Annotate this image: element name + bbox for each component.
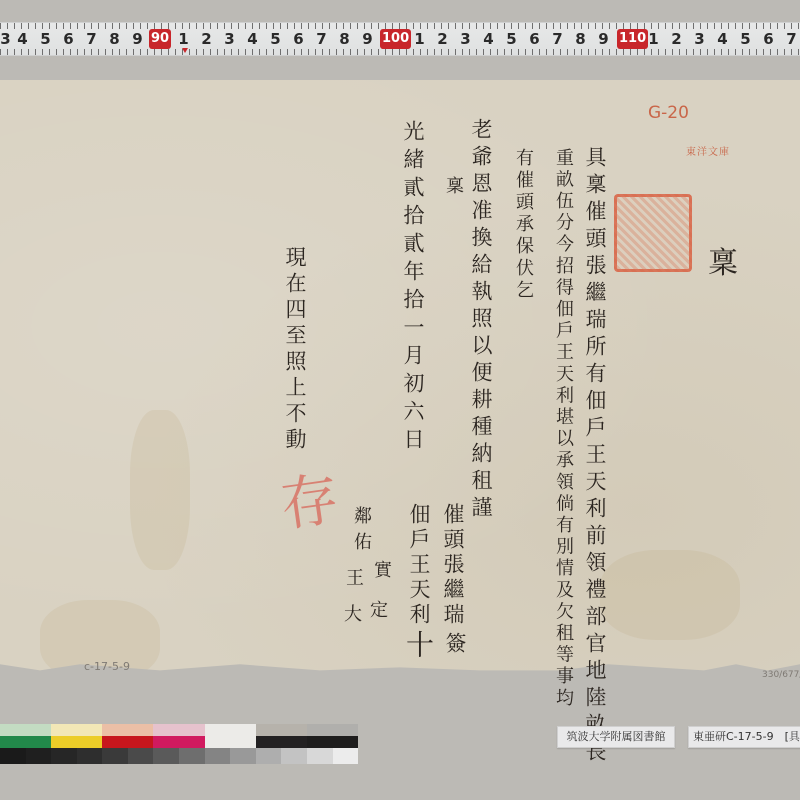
ruler-number: 5 bbox=[500, 29, 523, 49]
text-column-1: 具稟催頭張繼瑞所有佃戶王天利前領禮部官地陸畝長 bbox=[584, 146, 605, 767]
color-swatch bbox=[153, 736, 204, 748]
signature-headman: 催頭張繼瑞 bbox=[442, 503, 463, 628]
ruler-number: 5 bbox=[734, 29, 757, 49]
ruler-number: 2 bbox=[431, 29, 454, 49]
ruler-number: 7 bbox=[80, 29, 103, 49]
ruler-number: 6 bbox=[57, 29, 80, 49]
color-swatch bbox=[153, 724, 204, 736]
color-swatch bbox=[307, 748, 333, 764]
text-column-2: 重畝伍分今招得佃戶王天利堪以承領倘有別情及欠租等事均 bbox=[554, 148, 572, 710]
neighbor-name-2a: 實 bbox=[372, 560, 390, 581]
ruler-number: 8 bbox=[333, 29, 356, 49]
stamp-catalog-number: 330/677/ bbox=[762, 670, 800, 680]
ruler-number: 1 bbox=[642, 29, 665, 49]
ruler-number: 9 bbox=[126, 29, 149, 49]
pencil-catalog-number: c-17-5-9 bbox=[84, 660, 130, 673]
neighbor-label: 鄰佑 bbox=[352, 506, 370, 558]
color-swatch bbox=[102, 724, 153, 736]
ruler-number: 6 bbox=[757, 29, 780, 49]
red-square-seal bbox=[614, 194, 692, 272]
ruler-number: 3 bbox=[688, 29, 711, 49]
color-checker-card bbox=[0, 724, 358, 764]
signature-tenant-mark: 十 bbox=[404, 630, 432, 663]
ruler-number: 4 bbox=[241, 29, 264, 49]
color-checker-saturated-row bbox=[0, 736, 358, 748]
library-label: 筑波大学附属図書館 bbox=[557, 726, 675, 748]
ruler-number: 3 bbox=[218, 29, 241, 49]
ruler-number: 4 bbox=[477, 29, 500, 49]
measuring-ruler: 3456789901234567891001234567891101234567 bbox=[0, 22, 800, 56]
ruler-number: 1 bbox=[172, 29, 195, 49]
color-swatch bbox=[205, 748, 231, 764]
text-column-3: 有催頭承保伏乞 bbox=[514, 148, 532, 302]
color-swatch bbox=[77, 748, 103, 764]
boundary-note: 現在四至照上不動 bbox=[284, 246, 305, 454]
signature-headman-mark: 簽 bbox=[444, 632, 465, 658]
red-brush-mark: 存 bbox=[274, 451, 343, 542]
color-swatch bbox=[205, 724, 256, 736]
ruler-number: 5 bbox=[264, 29, 287, 49]
color-swatch bbox=[51, 748, 77, 764]
paper-stain bbox=[600, 550, 740, 640]
ruler-number: 8 bbox=[103, 29, 126, 49]
color-checker-pastel-row bbox=[0, 724, 358, 736]
color-swatch bbox=[256, 748, 282, 764]
ruler-number: 2 bbox=[195, 29, 218, 49]
signature-tenant: 佃戶王天利 bbox=[408, 503, 429, 628]
ruler-number: 3 bbox=[454, 29, 477, 49]
color-swatch bbox=[51, 724, 102, 736]
text-column-5: 稟 bbox=[444, 176, 462, 197]
ruler-number: 7 bbox=[780, 29, 800, 49]
ruler-number: 1 bbox=[408, 29, 431, 49]
ruler-number: 2 bbox=[665, 29, 688, 49]
color-swatch bbox=[333, 748, 359, 764]
ruler-number: 8 bbox=[569, 29, 592, 49]
color-swatch bbox=[307, 724, 358, 736]
color-swatch bbox=[0, 748, 26, 764]
ruler-number: 5 bbox=[34, 29, 57, 49]
color-swatch bbox=[0, 736, 51, 748]
ruler-number: 90 bbox=[149, 29, 171, 49]
heading-character: 稟 bbox=[708, 238, 738, 282]
color-swatch bbox=[230, 748, 256, 764]
text-column-4: 老爺恩准換給執照以便耕種納租謹 bbox=[470, 118, 491, 523]
ruler-ticks-bottom bbox=[0, 49, 800, 55]
date-column: 光緒貳拾貳年拾一月初六日 bbox=[402, 120, 423, 456]
color-swatch bbox=[102, 736, 153, 748]
color-swatch bbox=[128, 748, 154, 764]
neighbor-name-1a: 王 bbox=[344, 568, 362, 589]
ruler-number: 4 bbox=[711, 29, 734, 49]
color-swatch bbox=[205, 736, 256, 748]
color-swatch bbox=[179, 748, 205, 764]
ruler-number: 9 bbox=[356, 29, 379, 49]
catalog-label: 東亜研C-17-5-9 [具稟] bbox=[688, 726, 800, 748]
color-swatch bbox=[51, 736, 102, 748]
ruler-number: 6 bbox=[523, 29, 546, 49]
color-swatch bbox=[102, 748, 128, 764]
paper-stain bbox=[130, 410, 190, 570]
ruler-red-marker bbox=[182, 48, 188, 53]
color-swatch bbox=[0, 724, 51, 736]
document-paper bbox=[0, 80, 800, 695]
ruler-number: 4 bbox=[11, 29, 34, 49]
ruler-number: 100 bbox=[380, 29, 411, 49]
color-checker-grayscale-row bbox=[0, 748, 358, 764]
ruler-number: 9 bbox=[592, 29, 615, 49]
color-swatch bbox=[281, 748, 307, 764]
annotation-code: G-20 bbox=[648, 103, 689, 123]
color-swatch bbox=[26, 748, 52, 764]
ruler-number: 7 bbox=[546, 29, 569, 49]
color-swatch bbox=[256, 736, 307, 748]
ruler-number: 7 bbox=[310, 29, 333, 49]
library-stamp: 東洋文庫 bbox=[686, 143, 730, 158]
color-swatch bbox=[153, 748, 179, 764]
color-swatch bbox=[256, 724, 307, 736]
color-swatch bbox=[307, 736, 358, 748]
ruler-number: 6 bbox=[287, 29, 310, 49]
neighbor-name-2b: 定 bbox=[368, 600, 386, 621]
neighbor-name-1b: 大 bbox=[342, 604, 360, 625]
